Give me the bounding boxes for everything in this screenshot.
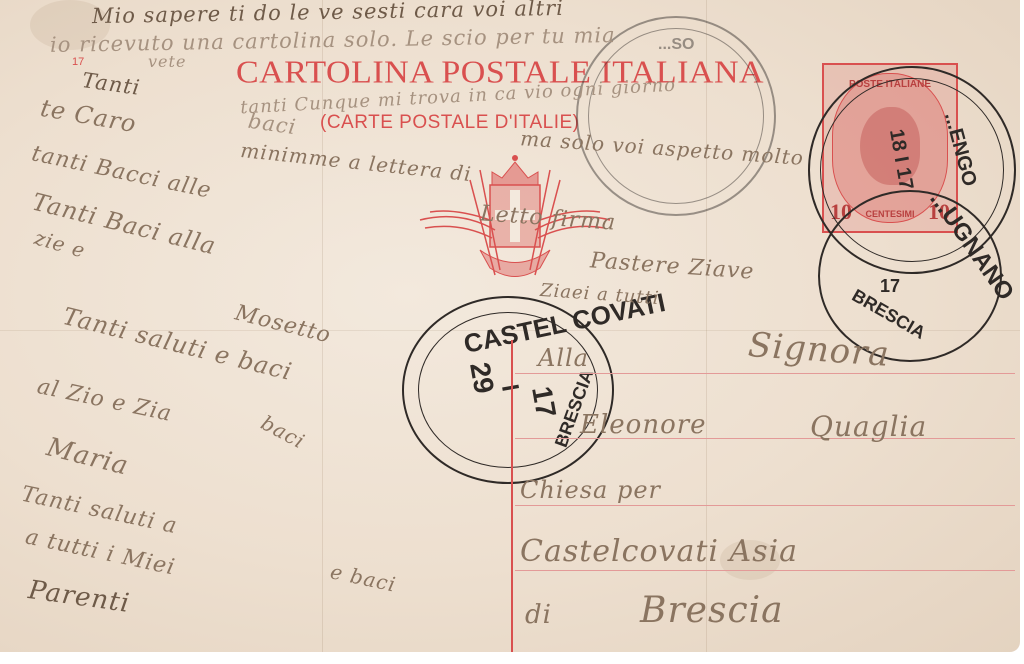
message-line: Parenti <box>26 575 131 619</box>
castelcovati-postmark-day: 29 <box>463 360 500 396</box>
address-line-5a: di <box>525 600 552 630</box>
message-line: e baci <box>328 559 398 596</box>
message-line: al Zio e Zia <box>35 374 174 427</box>
message-line: io ricevuto una cartolina solo. Le scio … <box>50 23 616 57</box>
castelcovati-postmark: CASTEL COVATI 29 I 17 BRESCIA <box>402 296 614 484</box>
address-line-2b: Quaglia <box>810 410 927 443</box>
address-line-1: Signora <box>747 325 891 375</box>
message-line: Mosetto <box>232 301 333 349</box>
address-line-2: Eleonore <box>580 410 707 440</box>
corner-number: 17 <box>72 56 84 68</box>
address-rule <box>515 570 1015 571</box>
address-salutation: Alla <box>538 344 589 372</box>
address-line-3: Chiesa per <box>520 476 661 504</box>
message-line: te Caro <box>38 94 138 138</box>
castelcovati-postmark-year: 17 <box>525 384 562 420</box>
address-line-5b: Brescia <box>640 590 784 631</box>
address-rule <box>515 505 1015 506</box>
message-line: baci <box>257 411 309 454</box>
message-line: vete <box>148 52 186 71</box>
message-line: Mio sapere ti do le ve sesti cara voi al… <box>92 0 564 28</box>
address-line-4: Castelcovati Asia <box>520 534 798 569</box>
faded-postmark-text: ...SO <box>658 36 694 54</box>
postcard: 17 CARTOLINA POSTALE ITALIANA (CARTE POS… <box>0 0 1020 652</box>
rovato-postmark-year: 17 <box>880 276 900 297</box>
message-line: Maria <box>44 432 132 481</box>
message-line: Tanti <box>81 68 142 100</box>
message-line: minimme a lettera di <box>239 138 472 186</box>
address-rule <box>515 373 1015 374</box>
address-divider <box>511 340 513 652</box>
message-line: zie e <box>32 225 89 262</box>
message-line: Ziaei a tutti <box>539 280 660 309</box>
